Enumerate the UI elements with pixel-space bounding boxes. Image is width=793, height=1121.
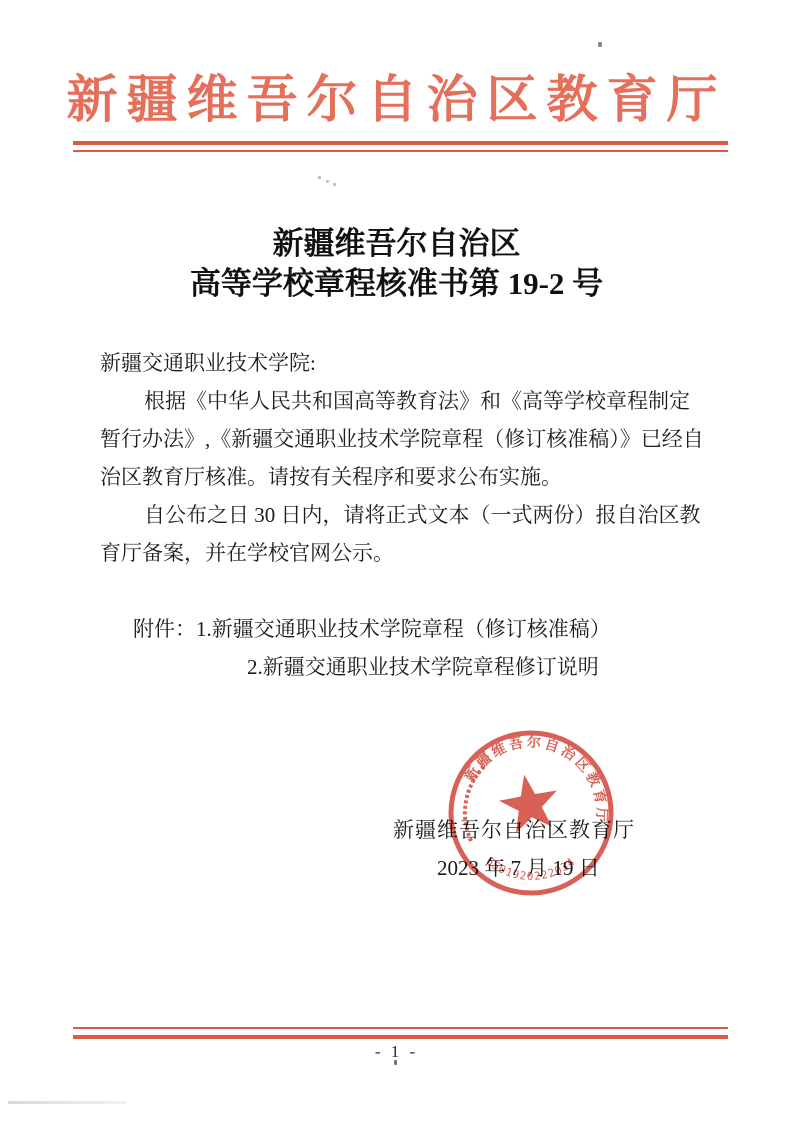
- scan-artifact: [598, 42, 602, 47]
- scan-artifact: [333, 183, 336, 186]
- paragraph-1-line3: 治区教育厅核准。请按有关程序和要求公布实施。: [100, 458, 720, 496]
- page-number: - 1 -: [0, 1042, 793, 1062]
- header-rule-thick: [73, 141, 728, 145]
- footer-rule-thin: [73, 1027, 728, 1029]
- document-title-line1: 新疆维吾尔自治区: [0, 224, 793, 264]
- footer-rule-thick: [73, 1035, 728, 1039]
- signature-date: 2023 年 7 月 19 日: [437, 852, 600, 882]
- scan-artifact: [394, 1060, 397, 1065]
- scan-artifact: [326, 180, 329, 183]
- document-title-line2: 高等学校章程核准书第 19-2 号: [0, 264, 793, 304]
- scan-artifact: [318, 176, 321, 179]
- salutation: 新疆交通职业技术学院:: [100, 344, 720, 382]
- header-rule-thin: [73, 150, 728, 152]
- scan-artifact: [8, 1101, 126, 1104]
- paragraph-2-line1: 自公布之日 30 日内，请将正式文本（一式两份）报自治区教: [144, 496, 720, 534]
- paragraph-2-line2: 育厅备案，并在学校官网公示。: [100, 534, 720, 572]
- document-body: 新疆交通职业技术学院: 根据《中华人民共和国高等教育法》和《高等学校章程制定 暂…: [100, 344, 720, 686]
- attachment-item-1: 附件：1.新疆交通职业技术学院章程（修订核准稿）: [133, 610, 720, 648]
- document-page: 新疆维吾尔自治区教育厅 新疆维吾尔自治区 高等学校章程核准书第 19-2 号 新…: [0, 0, 793, 1121]
- paragraph-1-line2: 暂行办法》,《新疆交通职业技术学院章程（修订核准稿）》已经自: [100, 420, 720, 458]
- signature-agency: 新疆维吾尔自治区教育厅: [393, 814, 635, 844]
- paragraph-1-line1: 根据《中华人民共和国高等教育法》和《高等学校章程制定: [144, 382, 720, 420]
- attachment-item-2: 2.新疆交通职业技术学院章程修订说明: [247, 648, 720, 686]
- document-title: 新疆维吾尔自治区 高等学校章程核准书第 19-2 号: [0, 224, 793, 304]
- letterhead-agency-title: 新疆维吾尔自治区教育厅: [0, 58, 793, 132]
